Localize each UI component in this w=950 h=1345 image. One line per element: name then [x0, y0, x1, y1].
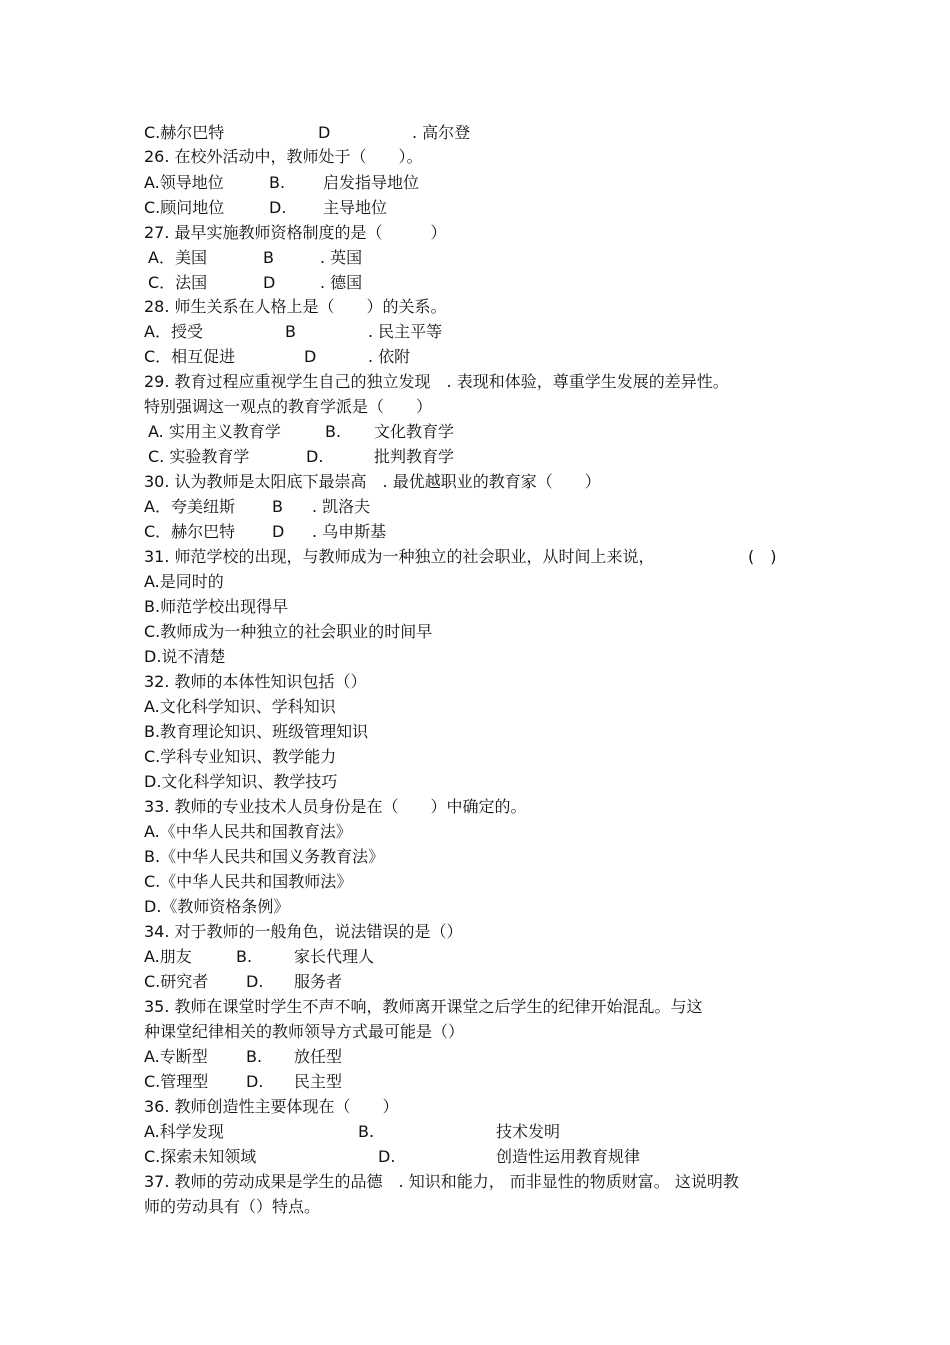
- text-segment: 师的劳动具有（）特点。: [144, 1197, 320, 1217]
- text-line: A.专断型B.放任型: [0, 1047, 950, 1067]
- text-line: D.说不清楚: [0, 647, 950, 667]
- text-line: 种课堂纪律相关的教师领导方式最可能是（）: [0, 1022, 950, 1042]
- text-segment: C.学科专业知识、教学能力: [144, 747, 336, 767]
- text-segment: C.研究者: [144, 972, 208, 992]
- document-page: C.赫尔巴特D. 高尔登26. 在校外活动中，教师处于（ ）。A.领导地位B.启…: [0, 0, 950, 1345]
- text-segment: B.: [269, 173, 285, 193]
- text-segment: D.: [246, 972, 263, 992]
- text-line: C. 实验教育学D.批判教育学: [0, 447, 950, 467]
- text-line: D.《教师资格条例》: [0, 897, 950, 917]
- text-segment: C.管理型: [144, 1072, 208, 1092]
- text-segment: B: [263, 248, 274, 268]
- text-segment: B: [285, 322, 296, 342]
- text-line: A.朋友B.家长代理人: [0, 947, 950, 967]
- text-line: B.《中华人民共和国义务教育法》: [0, 847, 950, 867]
- text-segment: 技术发明: [496, 1122, 560, 1142]
- text-line: 34. 对于教师的一般角色，说法错误的是（）: [0, 922, 950, 942]
- text-segment: D: [272, 522, 284, 542]
- text-line: 32. 教师的本体性知识包括（）: [0, 672, 950, 692]
- text-line: B.师范学校出现得早: [0, 597, 950, 617]
- text-segment: C.顾问地位: [144, 198, 224, 218]
- text-segment: . 乌申斯基: [312, 522, 386, 542]
- text-segment: . 凯洛夫: [312, 497, 370, 517]
- text-segment: B.: [358, 1122, 374, 1142]
- text-line: A．授受B. 民主平等: [0, 322, 950, 342]
- text-segment: . 英国: [320, 248, 362, 268]
- text-line: 特别强调这一观点的教育学派是（ ）: [0, 397, 950, 417]
- text-segment: C.探索未知领域: [144, 1147, 256, 1167]
- text-segment: C．赫尔巴特: [144, 522, 235, 542]
- text-segment: B.: [325, 422, 341, 442]
- text-line: 26. 在校外活动中，教师处于（ ）。: [0, 147, 950, 167]
- text-segment: 29. 教育过程应重视学生自己的独立发现 . 表现和体验，尊重学生发展的差异性。: [144, 372, 729, 392]
- text-line: C.赫尔巴特D. 高尔登: [0, 123, 950, 143]
- text-line: A.科学发现B.技术发明: [0, 1122, 950, 1142]
- text-segment: 民主型: [294, 1072, 342, 1092]
- text-line: A.是同时的: [0, 572, 950, 592]
- text-line: C.《中华人民共和国教师法》: [0, 872, 950, 892]
- text-line: 33. 教师的专业技术人员身份是在（ ）中确定的。: [0, 797, 950, 817]
- text-segment: C．法国: [148, 273, 207, 293]
- text-line: 28. 师生关系在人格上是（ ）的关系。: [0, 297, 950, 317]
- text-segment: . 依附: [368, 347, 410, 367]
- text-segment: . 民主平等: [368, 322, 442, 342]
- text-line: 29. 教育过程应重视学生自己的独立发现 . 表现和体验，尊重学生发展的差异性。: [0, 372, 950, 392]
- text-segment: 37. 教师的劳动成果是学生的品德 . 知识和能力， 而非显性的物质财富。 这说…: [144, 1172, 739, 1192]
- text-segment: C. 实验教育学: [148, 447, 249, 467]
- text-segment: D.: [378, 1147, 395, 1167]
- text-line: C．赫尔巴特D. 乌申斯基: [0, 522, 950, 542]
- text-segment: 36. 教师创造性主要体现在（ ）: [144, 1097, 399, 1117]
- text-segment: 启发指导地位: [323, 173, 419, 193]
- text-segment: A.科学发现: [144, 1122, 224, 1142]
- text-segment: A.领导地位: [144, 173, 224, 193]
- text-line: 36. 教师创造性主要体现在（ ）: [0, 1097, 950, 1117]
- text-segment: A.是同时的: [144, 572, 224, 592]
- text-line: 27. 最早实施教师资格制度的是（ ）: [0, 223, 950, 243]
- text-line: C.管理型D.民主型: [0, 1072, 950, 1092]
- text-segment: C.教师成为一种独立的社会职业的时间早: [144, 622, 432, 642]
- text-segment: 服务者: [294, 972, 342, 992]
- text-segment: C．相互促进: [144, 347, 235, 367]
- text-segment: 27. 最早实施教师资格制度的是（ ）: [144, 223, 447, 243]
- text-segment: ( ): [748, 547, 777, 567]
- text-segment: A.专断型: [144, 1047, 208, 1067]
- text-segment: B.: [236, 947, 252, 967]
- text-segment: 33. 教师的专业技术人员身份是在（ ）中确定的。: [144, 797, 527, 817]
- text-segment: A.文化科学知识、学科知识: [144, 697, 336, 717]
- text-line: A.文化科学知识、学科知识: [0, 697, 950, 717]
- text-segment: 31. 师范学校的出现，与教师成为一种独立的社会职业，从时间上来说，: [144, 547, 655, 567]
- text-segment: B.师范学校出现得早: [144, 597, 288, 617]
- text-segment: 30. 认为教师是太阳底下最崇高 . 最优越职业的教育家（ ）: [144, 472, 601, 492]
- text-line: C．法国D. 德国: [0, 273, 950, 293]
- text-segment: D.文化科学知识、教学技巧: [144, 772, 337, 792]
- text-segment: 放任型: [294, 1047, 342, 1067]
- text-segment: A.《中华人民共和国教育法》: [144, 822, 352, 842]
- text-line: B.教育理论知识、班级管理知识: [0, 722, 950, 742]
- text-line: D.文化科学知识、教学技巧: [0, 772, 950, 792]
- text-line: 35. 教师在课堂时学生不声不响，教师离开课堂之后学生的纪律开始混乱。与这: [0, 997, 950, 1017]
- text-line: C.学科专业知识、教学能力: [0, 747, 950, 767]
- text-segment: B: [272, 497, 283, 517]
- text-segment: C.赫尔巴特: [144, 123, 224, 143]
- text-line: A.领导地位B.启发指导地位: [0, 173, 950, 193]
- text-line: 31. 师范学校的出现，与教师成为一种独立的社会职业，从时间上来说，( ): [0, 547, 950, 567]
- text-line: A. 实用主义教育学B.文化教育学: [0, 422, 950, 442]
- text-segment: D: [263, 273, 275, 293]
- text-segment: D: [318, 123, 330, 143]
- text-line: C.教师成为一种独立的社会职业的时间早: [0, 622, 950, 642]
- text-segment: D.: [269, 198, 286, 218]
- text-segment: 35. 教师在课堂时学生不声不响，教师离开课堂之后学生的纪律开始混乱。与这: [144, 997, 703, 1017]
- text-segment: C.《中华人民共和国教师法》: [144, 872, 352, 892]
- text-line: A．美国B. 英国: [0, 248, 950, 268]
- text-segment: 28. 师生关系在人格上是（ ）的关系。: [144, 297, 447, 317]
- text-segment: . 高尔登: [412, 123, 470, 143]
- text-segment: 32. 教师的本体性知识包括（）: [144, 672, 367, 692]
- text-segment: 26. 在校外活动中，教师处于（ ）。: [144, 147, 423, 167]
- text-segment: D.: [306, 447, 323, 467]
- text-line: 师的劳动具有（）特点。: [0, 1197, 950, 1217]
- text-segment: 家长代理人: [294, 947, 374, 967]
- text-segment: D.《教师资格条例》: [144, 897, 289, 917]
- text-segment: 主导地位: [323, 198, 387, 218]
- text-line: C.探索未知领域D.创造性运用教育规律: [0, 1147, 950, 1167]
- text-segment: 创造性运用教育规律: [496, 1147, 640, 1167]
- text-segment: A．美国: [148, 248, 207, 268]
- text-segment: . 德国: [320, 273, 362, 293]
- text-segment: 特别强调这一观点的教育学派是（ ）: [144, 397, 432, 417]
- text-segment: D: [304, 347, 316, 367]
- text-line: C．相互促进D. 依附: [0, 347, 950, 367]
- text-segment: A．夸美纽斯: [144, 497, 235, 517]
- text-segment: D.: [246, 1072, 263, 1092]
- text-segment: B.《中华人民共和国义务教育法》: [144, 847, 384, 867]
- text-line: A．夸美纽斯B. 凯洛夫: [0, 497, 950, 517]
- text-line: C.顾问地位D.主导地位: [0, 198, 950, 218]
- text-segment: B.教育理论知识、班级管理知识: [144, 722, 368, 742]
- text-segment: A．授受: [144, 322, 203, 342]
- text-segment: D.说不清楚: [144, 647, 225, 667]
- text-segment: A.朋友: [144, 947, 192, 967]
- text-segment: 种课堂纪律相关的教师领导方式最可能是（）: [144, 1022, 464, 1042]
- text-segment: A. 实用主义教育学: [148, 422, 281, 442]
- text-segment: 文化教育学: [374, 422, 454, 442]
- text-segment: B.: [246, 1047, 262, 1067]
- text-line: A.《中华人民共和国教育法》: [0, 822, 950, 842]
- text-line: 37. 教师的劳动成果是学生的品德 . 知识和能力， 而非显性的物质财富。 这说…: [0, 1172, 950, 1192]
- text-segment: 批判教育学: [374, 447, 454, 467]
- text-line: 30. 认为教师是太阳底下最崇高 . 最优越职业的教育家（ ）: [0, 472, 950, 492]
- text-line: C.研究者D.服务者: [0, 972, 950, 992]
- text-segment: 34. 对于教师的一般角色，说法错误的是（）: [144, 922, 463, 942]
